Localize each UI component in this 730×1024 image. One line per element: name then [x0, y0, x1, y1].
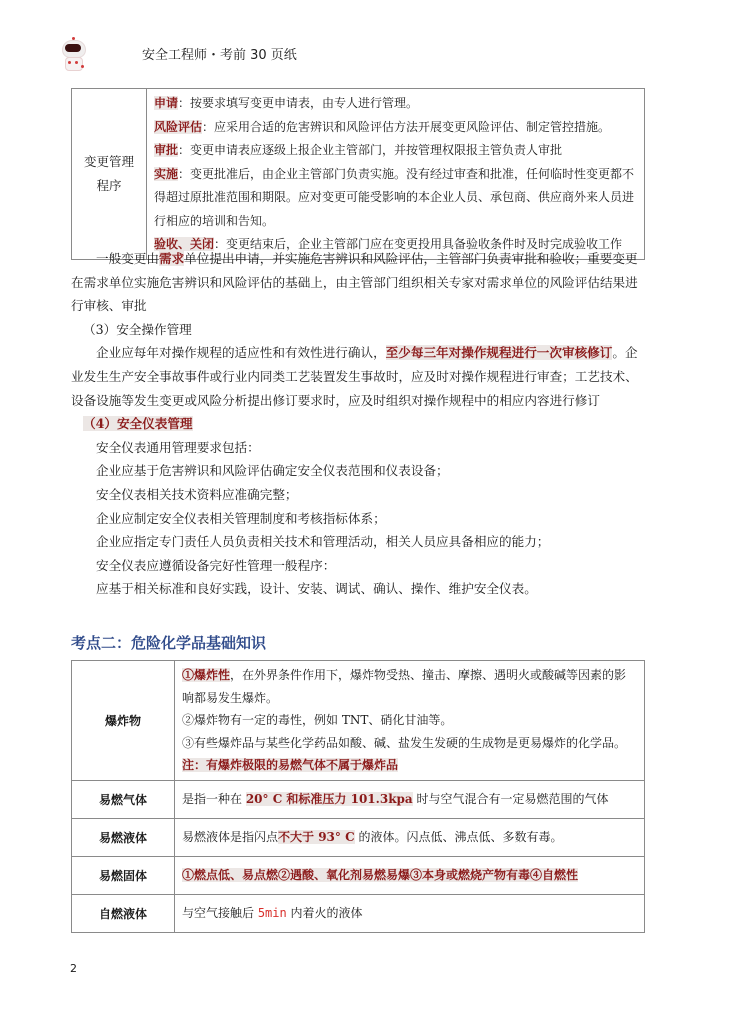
robot-logo-icon	[60, 37, 86, 71]
step-implementation: 实施：变更批准后，由企业主管部门负责实施。没有经过审查和批准，任何临时性变更都不…	[154, 163, 638, 234]
change-management-steps: 申请：按要求填写变更申请表，由专人进行管理。 风险评估：应采用合适的危害辨识和风…	[147, 89, 645, 260]
paragraph-general-change: 一般变更由需求单位提出申请，并实施危害辨识和风险评估，主管部门负责审批和验收；重…	[71, 247, 649, 318]
row-content: 与空气接触后 5min 内着火的液体	[175, 894, 645, 932]
heading-safety-instrument: （4）安全仪表管理	[71, 412, 649, 436]
instrument-line: 安全仪表相关技术资料应准确完整；	[71, 483, 649, 507]
instrument-line: 应基于相关标准和良好实践，设计、安装、调试、确认、操作、维护安全仪表。	[71, 577, 649, 601]
paragraph-operation: 企业应每年对操作规程的适应性和有效性进行确认，至少每三年对操作规程进行一次审核修…	[71, 341, 649, 412]
table-row-flammable-liquid: 易燃液体 易燃液体是指闪点不大于 93° C 的液体。闪点低、沸点低、多数有毒。	[72, 818, 645, 856]
table-row-explosive: 爆炸物 ①爆炸性，在外界条件作用下，爆炸物受热、撞击、摩擦、遇明火或酸碱等因素的…	[72, 661, 645, 781]
row-content: ①燃点低、易点燃②遇酸、氧化剂易燃易爆③本身或燃烧产物有毒④自燃性	[175, 856, 645, 894]
table-row-flammable-solid: 易燃固体 ①燃点低、易点燃②遇酸、氧化剂易燃易爆③本身或燃烧产物有毒④自燃性	[72, 856, 645, 894]
instrument-line: 企业应基于危害辨识和风险评估确定安全仪表范围和仪表设备；	[71, 459, 649, 483]
row-content: 是指一种在 20° C 和标准压力 101.3kpa 时与空气混合有一定易燃范围…	[175, 780, 645, 818]
change-management-label: 变更管理 程序	[72, 89, 147, 260]
row-content: ①爆炸性，在外界条件作用下，爆炸物受热、撞击、摩擦、遇明火或酸碱等因素的影响都易…	[175, 661, 645, 781]
instrument-line: 安全仪表通用管理要求包括：	[71, 436, 649, 460]
page-number: 2	[70, 962, 77, 975]
row-label: 易燃固体	[72, 856, 175, 894]
heading-safe-operation: （3）安全操作管理	[71, 318, 649, 342]
step-apply: 申请：按要求填写变更申请表，由专人进行管理。	[154, 92, 638, 116]
row-label: 易燃气体	[72, 780, 175, 818]
instrument-line: 安全仪表应遵循设备完好性管理一般程序：	[71, 554, 649, 578]
table-row-pyrophoric-liquid: 自燃液体 与空气接触后 5min 内着火的液体	[72, 894, 645, 932]
step-risk-assessment: 风险评估：应采用合适的危害辨识和风险评估方法开展变更风险评估、制定管控措施。	[154, 116, 638, 140]
page-header: 安全工程师・考前 30 页纸	[60, 34, 86, 74]
explosive-note: 注：有爆炸极限的易燃气体不属于爆炸品	[182, 758, 398, 772]
step-approval: 审批：变更申请表应逐级上报企业主管部门，并按管理权限报主管负责人审批	[154, 139, 638, 163]
row-content: 易燃液体是指闪点不大于 93° C 的液体。闪点低、沸点低、多数有毒。	[175, 818, 645, 856]
row-label: 易燃液体	[72, 818, 175, 856]
section-title: 考点二：危险化学品基础知识	[71, 632, 266, 653]
row-label: 爆炸物	[72, 661, 175, 781]
body-text-block: 一般变更由需求单位提出申请，并实施危害辨识和风险评估，主管部门负责审批和验收；重…	[71, 247, 649, 601]
change-management-table: 变更管理 程序 申请：按要求填写变更申请表，由专人进行管理。 风险评估：应采用合…	[71, 88, 645, 260]
instrument-line: 企业应制定安全仪表相关管理制度和考核指标体系；	[71, 507, 649, 531]
row-label: 自燃液体	[72, 894, 175, 932]
header-title: 安全工程师・考前 30 页纸	[142, 44, 297, 63]
table-row-flammable-gas: 易燃气体 是指一种在 20° C 和标准压力 101.3kpa 时与空气混合有一…	[72, 780, 645, 818]
instrument-line: 企业应指定专门责任人员负责相关技术和管理活动，相关人员应具备相应的能力；	[71, 530, 649, 554]
hazardous-chemicals-table: 爆炸物 ①爆炸性，在外界条件作用下，爆炸物受热、撞击、摩擦、遇明火或酸碱等因素的…	[71, 660, 645, 933]
